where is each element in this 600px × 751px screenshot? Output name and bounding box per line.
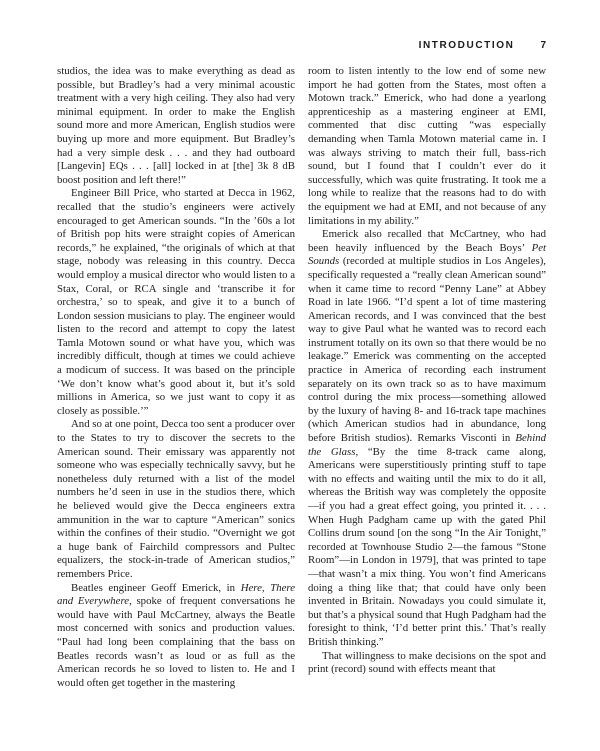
text-run: Engineer Bill Price, who started at Decc… [57,187,295,417]
text-run: Beatles engineer Geoff Emerick, in [71,582,241,594]
left-column: studios, the idea was to make everything… [57,65,295,690]
paragraph: That willingness to make decisions on th… [308,650,546,677]
text-columns: studios, the idea was to make everything… [57,65,546,690]
text-run: Emerick also recalled that McCartney, wh… [308,228,546,254]
text-run: That willingness to make decisions on th… [308,650,546,676]
book-page: INTRODUCTION 7 studios, the idea was to … [0,0,600,751]
text-run: studios, the idea was to make everything… [57,65,295,186]
right-column: room to listen intently to the low end o… [308,65,546,690]
running-head: INTRODUCTION [419,40,515,51]
paragraph: room to listen intently to the low end o… [308,65,546,228]
page-number: 7 [540,40,546,51]
paragraph: And so at one point, Decca too sent a pr… [57,418,295,581]
text-run: (recorded at multiple studios in Los Ang… [308,255,546,444]
paragraph: Engineer Bill Price, who started at Decc… [57,187,295,418]
page-header: INTRODUCTION 7 [57,40,546,51]
paragraph: studios, the idea was to make everything… [57,65,295,187]
text-run: , spoke of frequent conversations he wou… [57,595,295,689]
text-run: room to listen intently to the low end o… [308,65,546,227]
paragraph: Beatles engineer Geoff Emerick, in Here,… [57,582,295,691]
text-run: , “By the time 8-track came along, Ameri… [308,446,546,648]
paragraph: Emerick also recalled that McCartney, wh… [308,228,546,649]
text-run: And so at one point, Decca too sent a pr… [57,418,295,580]
